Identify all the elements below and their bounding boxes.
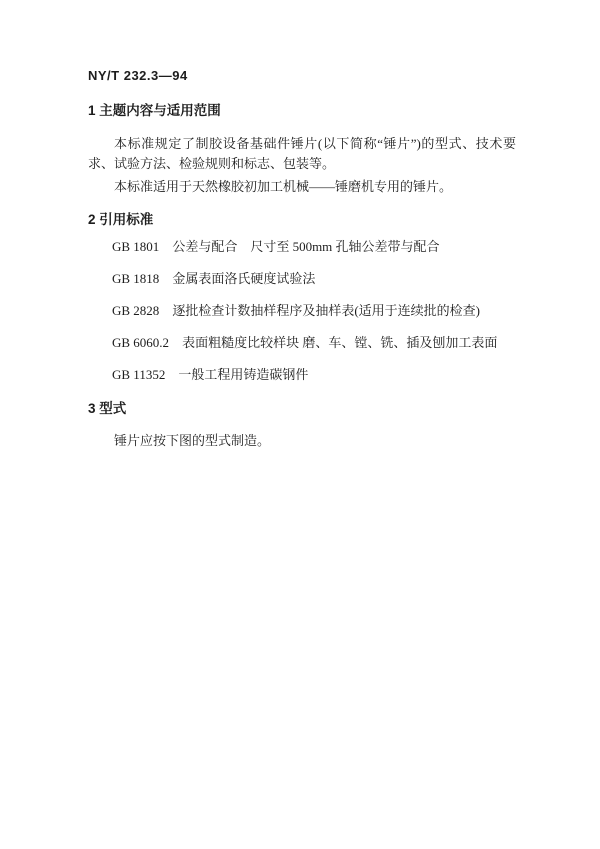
reference-item: GB 11352一般工程用铸造碳钢件 — [88, 368, 516, 382]
reference-item: GB 2828逐批检查计数抽样程序及抽样表(适用于连续批的检查) — [88, 304, 516, 318]
reference-code: GB 1818 — [112, 271, 159, 286]
section-1-paragraph-applicability: 本标准适用于天然橡胶初加工机械——锤磨机专用的锤片。 — [88, 177, 516, 197]
section-1-paragraph-scope: 本标准规定了制胶设备基础件锤片(以下简称“锤片”)的型式、技术要求、试验方法、检… — [88, 134, 516, 174]
reference-item: GB 6060.2表面粗糙度比较样块 磨、车、镗、铣、插及刨加工表面 — [88, 336, 516, 350]
reference-title: 表面粗糙度比较样块 磨、车、镗、铣、插及刨加工表面 — [182, 335, 497, 350]
section-2-heading: 2 引用标准 — [88, 211, 516, 229]
reference-title: 逐批检查计数抽样程序及抽样表(适用于连续批的检查) — [172, 303, 480, 318]
reference-title: 金属表面洛氏硬度试验法 — [172, 271, 315, 286]
reference-item: GB 1801公差与配合 尺寸至 500mm 孔轴公差带与配合 — [88, 240, 516, 254]
document-page: NY/T 232.3—94 1 主题内容与适用范围 本标准规定了制胶设备基础件锤… — [0, 0, 600, 849]
reference-code: GB 1801 — [112, 239, 159, 254]
reference-code: GB 2828 — [112, 303, 159, 318]
section-1-heading: 1 主题内容与适用范围 — [88, 102, 516, 120]
reference-item: GB 1818金属表面洛氏硬度试验法 — [88, 272, 516, 286]
section-3-heading: 3 型式 — [88, 400, 516, 418]
section-3-paragraph-type: 锤片应按下图的型式制造。 — [88, 431, 516, 451]
reference-title: 公差与配合 尺寸至 500mm 孔轴公差带与配合 — [172, 239, 439, 254]
page-content: NY/T 232.3—94 1 主题内容与适用范围 本标准规定了制胶设备基础件锤… — [88, 68, 516, 451]
reference-title: 一般工程用铸造碳钢件 — [178, 367, 308, 382]
reference-code: GB 6060.2 — [112, 335, 169, 350]
reference-code: GB 11352 — [112, 367, 165, 382]
standard-number: NY/T 232.3—94 — [88, 68, 516, 84]
reference-standards-list: GB 1801公差与配合 尺寸至 500mm 孔轴公差带与配合 GB 1818金… — [88, 240, 516, 382]
